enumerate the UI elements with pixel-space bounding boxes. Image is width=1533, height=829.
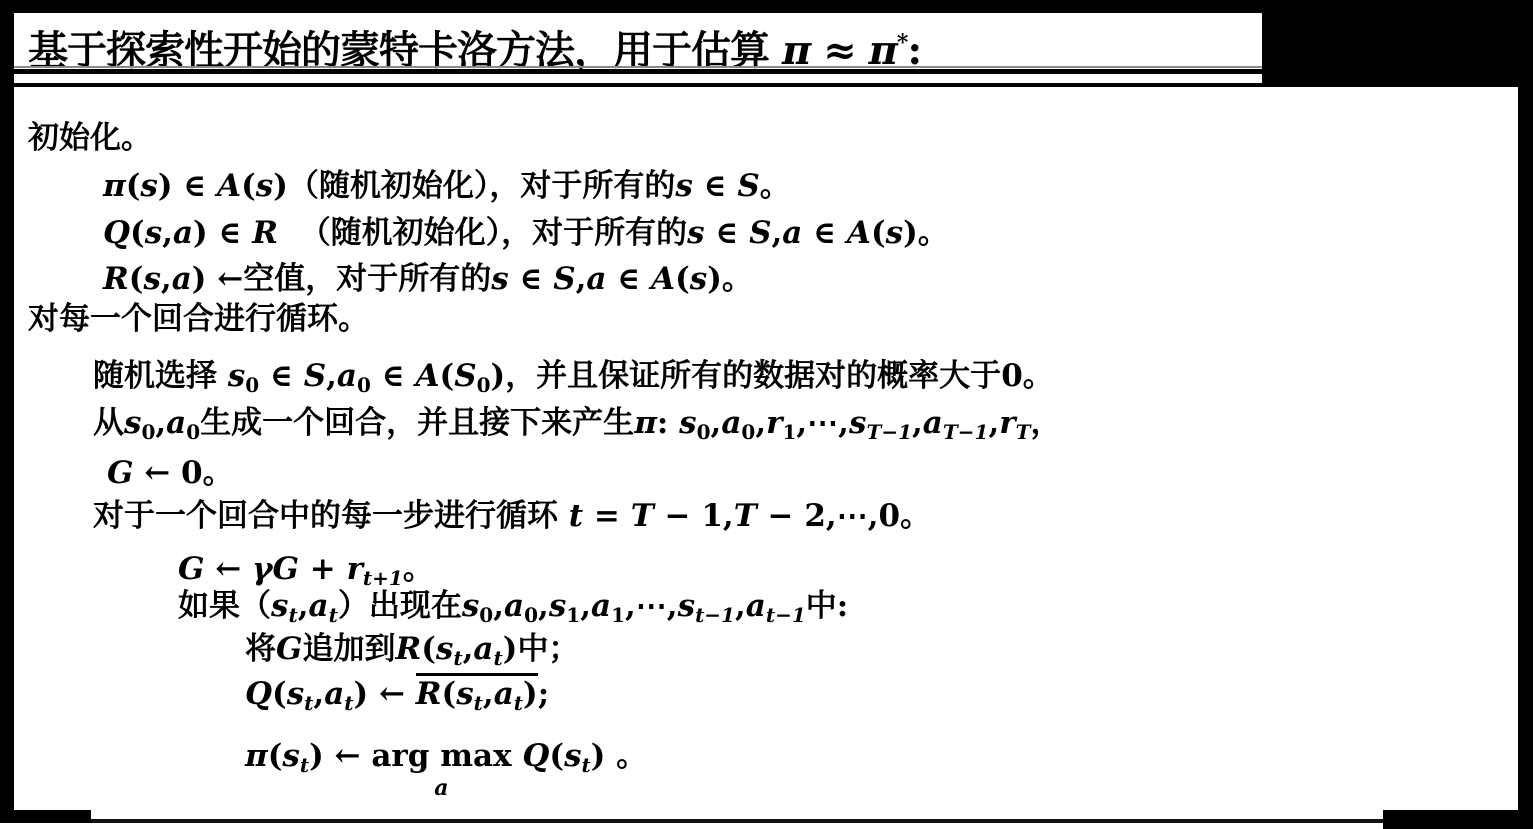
text-segment: = bbox=[583, 498, 631, 534]
text-segment: ，并且保证所有的数据对的概率大于 bbox=[505, 358, 1001, 394]
algo-line-8: G ← 0。 bbox=[107, 447, 234, 492]
text-segment: 。 bbox=[900, 498, 931, 534]
text-segment: 0 bbox=[245, 373, 259, 397]
text-segment: ( bbox=[126, 168, 141, 204]
text-segment: ,⋯, bbox=[796, 405, 849, 441]
text-segment: a bbox=[324, 676, 344, 712]
text-segment: a bbox=[172, 261, 192, 297]
text-segment: t bbox=[453, 646, 462, 670]
text-segment: t bbox=[569, 498, 583, 534]
text-segment: ( bbox=[129, 261, 144, 297]
text-segment: a bbox=[586, 261, 606, 297]
text-segment: a bbox=[782, 215, 802, 251]
text-segment: ,⋯, bbox=[625, 588, 678, 624]
text-segment: a bbox=[166, 405, 186, 441]
text-segment: ) bbox=[491, 358, 506, 394]
text-segment: s bbox=[436, 631, 453, 667]
text-segment: t−1 bbox=[766, 603, 806, 627]
text-segment: s bbox=[456, 676, 473, 712]
text-segment: t bbox=[474, 691, 483, 715]
text-segment: t bbox=[494, 646, 503, 670]
text-segment: ) ∈ bbox=[193, 215, 252, 251]
text-segment: 0 bbox=[741, 420, 755, 444]
text-segment: 空值，对于所有的 bbox=[243, 261, 491, 297]
text-segment: S bbox=[553, 261, 575, 297]
text-segment: 。 bbox=[1023, 358, 1054, 394]
text-segment: t bbox=[304, 691, 313, 715]
text-segment: , bbox=[755, 405, 766, 441]
text-segment: ( bbox=[272, 676, 287, 712]
algo-line-14: π(st) ← arg maxa Q(st) 。 bbox=[245, 730, 647, 777]
text-segment: 追加到 bbox=[302, 631, 395, 667]
text-segment: 将 bbox=[245, 631, 276, 667]
text-segment: （随机初始化），对于所有的 bbox=[300, 215, 688, 251]
text-segment: R bbox=[395, 631, 421, 667]
text-segment: s bbox=[849, 405, 866, 441]
text-segment: , bbox=[298, 588, 309, 624]
text-segment: , bbox=[155, 405, 166, 441]
text-segment: : bbox=[657, 405, 679, 441]
text-segment: t−1 bbox=[695, 603, 735, 627]
text-segment: s bbox=[679, 405, 696, 441]
title-rule-thin bbox=[14, 66, 1262, 68]
algo-line-11: 如果（st,at）出现在s0,a0,s1,a1,⋯,st−1,at−1中: bbox=[178, 580, 848, 627]
text-segment: π bbox=[103, 168, 126, 204]
text-segment: S bbox=[749, 215, 771, 251]
text-segment: 。 bbox=[918, 215, 949, 251]
text-segment: ( bbox=[871, 215, 886, 251]
text-segment: a bbox=[473, 631, 493, 667]
text-segment: a bbox=[337, 358, 357, 394]
text-segment: , bbox=[771, 215, 782, 251]
text-segment: s bbox=[549, 588, 566, 624]
text-segment: s bbox=[124, 405, 141, 441]
text-segment: S bbox=[737, 168, 759, 204]
algo-line-2: π(s) ∈ A(s)（随机初始化），对于所有的s ∈ S。 bbox=[103, 160, 791, 205]
text-segment: 初始化。 bbox=[28, 120, 152, 156]
text-segment: 0 bbox=[477, 373, 491, 397]
text-segment: s bbox=[140, 168, 157, 204]
text-segment: * bbox=[897, 30, 908, 56]
text-segment: 0 bbox=[1001, 358, 1023, 394]
next-frame-rule bbox=[91, 819, 1383, 823]
text-segment: T−1 bbox=[866, 420, 912, 444]
overline-average: R(st,at) bbox=[416, 673, 538, 714]
text-segment: ∈ bbox=[607, 261, 652, 297]
text-segment: s bbox=[675, 168, 692, 204]
text-segment: ) ← bbox=[309, 738, 371, 774]
text-segment: ( bbox=[130, 215, 145, 251]
text-segment: 对于一个回合中的每一步进行循环 bbox=[93, 498, 569, 534]
text-segment: 0 bbox=[697, 420, 711, 444]
text-segment: s bbox=[491, 261, 508, 297]
text-segment: ( bbox=[421, 631, 436, 667]
text-segment: s bbox=[145, 215, 162, 251]
text-segment: ( bbox=[268, 738, 283, 774]
text-segment: t bbox=[514, 691, 523, 715]
title-rule-thick bbox=[14, 69, 1262, 74]
text-segment: s bbox=[678, 588, 695, 624]
algo-line-5: 对每一个回合进行循环。 bbox=[28, 293, 369, 338]
text-segment: A bbox=[651, 261, 675, 297]
text-segment: G bbox=[107, 455, 133, 491]
text-segment: ) ∈ bbox=[158, 168, 217, 204]
text-segment: 。 bbox=[605, 738, 647, 774]
text-segment: s bbox=[143, 261, 160, 297]
text-segment: , bbox=[988, 405, 999, 441]
text-segment: ) bbox=[273, 168, 288, 204]
text-segment: ∈ bbox=[509, 261, 554, 297]
text-segment: T bbox=[734, 498, 757, 534]
text-segment: r bbox=[766, 405, 782, 441]
algorithm-body: 初始化。π(s) ∈ A(s)（随机初始化），对于所有的s ∈ S。Q(s,a)… bbox=[14, 87, 1518, 810]
text-segment: ) bbox=[707, 261, 722, 297]
text-segment: ; bbox=[538, 676, 549, 712]
algo-line-6: 随机选择 s0 ∈ S,a0 ∈ A(S0)，并且保证所有的数据对的概率大于0。 bbox=[93, 350, 1054, 397]
text-segment: − 2,⋯,0 bbox=[757, 498, 900, 534]
text-segment: ( bbox=[675, 261, 690, 297]
next-frame-corner bbox=[0, 823, 91, 829]
text-segment: s bbox=[687, 215, 704, 251]
text-segment: , bbox=[483, 676, 494, 712]
text-segment: a bbox=[746, 588, 766, 624]
text-segment: a bbox=[923, 405, 943, 441]
text-segment: s bbox=[282, 738, 299, 774]
text-segment: R bbox=[416, 676, 442, 712]
text-segment: T bbox=[1016, 420, 1031, 444]
text-segment: r bbox=[999, 405, 1015, 441]
text-segment: 如果（ bbox=[178, 588, 271, 624]
text-segment: S bbox=[304, 358, 326, 394]
text-segment: t bbox=[300, 753, 309, 777]
text-segment: 。 bbox=[722, 261, 753, 297]
algo-line-9: 对于一个回合中的每一步进行循环 t = T − 1,T − 2,⋯,0。 bbox=[93, 490, 931, 535]
text-segment: s bbox=[271, 588, 288, 624]
text-segment: R bbox=[252, 215, 278, 251]
text-segment: 对每一个回合进行循环。 bbox=[28, 301, 369, 337]
text-segment: ∈ bbox=[259, 358, 304, 394]
text-segment: , bbox=[161, 261, 172, 297]
text-segment bbox=[512, 738, 523, 774]
text-segment bbox=[278, 215, 300, 251]
text-segment: s bbox=[228, 358, 245, 394]
text-segment: ∈ bbox=[693, 168, 738, 204]
text-segment: ← 0 bbox=[133, 455, 202, 491]
text-segment: Q bbox=[103, 215, 130, 251]
text-segment: ∈ bbox=[371, 358, 416, 394]
text-segment: ) ← bbox=[192, 261, 243, 297]
algo-line-3: Q(s,a) ∈ R （随机初始化），对于所有的s ∈ S,a ∈ A(s)。 bbox=[103, 207, 949, 252]
text-segment: s bbox=[564, 738, 581, 774]
text-segment: ( bbox=[442, 676, 457, 712]
text-segment: 中 bbox=[806, 588, 837, 624]
text-segment: ) bbox=[503, 631, 518, 667]
text-segment: , bbox=[538, 588, 549, 624]
text-segment: S bbox=[454, 358, 476, 394]
text-segment: , bbox=[576, 261, 587, 297]
text-segment: ) bbox=[523, 676, 538, 712]
text-segment: 中； bbox=[517, 631, 579, 667]
text-segment: , bbox=[162, 215, 173, 251]
text-segment: T−1 bbox=[943, 420, 989, 444]
text-segment: s bbox=[886, 215, 903, 251]
text-segment: s bbox=[287, 676, 304, 712]
text-segment: , bbox=[493, 588, 504, 624]
text-segment: ∈ bbox=[705, 215, 750, 251]
algo-line-1: 初始化。 bbox=[28, 112, 152, 157]
text-segment: a bbox=[494, 676, 514, 712]
text-segment: ( bbox=[241, 168, 256, 204]
text-segment: a bbox=[309, 588, 329, 624]
text-segment: Q bbox=[522, 738, 549, 774]
algo-line-7: 从s0,a0生成一个回合，并且接下来产生π: s0,a0,r1,⋯,sT−1,a… bbox=[93, 397, 1061, 444]
text-segment: : bbox=[837, 588, 848, 624]
text-segment: , bbox=[313, 676, 324, 712]
text-segment: T bbox=[631, 498, 654, 534]
text-segment: A bbox=[217, 168, 241, 204]
text-segment: 1 bbox=[782, 420, 796, 444]
text-segment: s bbox=[690, 261, 707, 297]
text-segment: a bbox=[591, 588, 611, 624]
text-segment: , bbox=[580, 588, 591, 624]
text-segment: a bbox=[504, 588, 524, 624]
text-segment: ( bbox=[549, 738, 564, 774]
algo-line-12: 将G追加到R(st,at)中； bbox=[245, 623, 579, 670]
text-segment: a bbox=[721, 405, 741, 441]
text-segment: , bbox=[711, 405, 722, 441]
text-segment: t bbox=[582, 753, 591, 777]
algo-line-4: R(s,a) ←空值，对于所有的s ∈ S,a ∈ A(s)。 bbox=[103, 253, 753, 298]
text-segment: G bbox=[276, 631, 302, 667]
argmax-stack: arg maxa bbox=[371, 738, 511, 774]
text-segment: Q bbox=[245, 676, 272, 712]
text-segment: 。 bbox=[760, 168, 791, 204]
text-segment: R bbox=[103, 261, 129, 297]
text-segment: ， bbox=[1030, 405, 1061, 441]
text-segment: 。 bbox=[203, 455, 234, 491]
text-segment: ( bbox=[440, 358, 455, 394]
text-segment: a bbox=[173, 215, 193, 251]
text-segment: 0 bbox=[357, 373, 371, 397]
text-segment: ）出现在 bbox=[338, 588, 462, 624]
text-segment: ∈ bbox=[802, 215, 847, 251]
page: { "colors": { "background": "#000000", "… bbox=[0, 0, 1533, 829]
text-segment: 从 bbox=[93, 405, 124, 441]
text-segment: ) bbox=[903, 215, 918, 251]
text-segment: 0 bbox=[141, 420, 155, 444]
text-segment: , bbox=[463, 631, 474, 667]
text-segment: s bbox=[256, 168, 273, 204]
text-segment: 1 bbox=[611, 603, 625, 627]
text-segment: ) ← bbox=[354, 676, 416, 712]
text-segment: π bbox=[634, 405, 657, 441]
text-segment: , bbox=[735, 588, 746, 624]
text-segment: , bbox=[912, 405, 923, 441]
text-segment: 0 bbox=[186, 420, 200, 444]
algo-line-13: Q(st,at) ← R(st,at); bbox=[245, 673, 549, 715]
text-segment: π bbox=[245, 738, 268, 774]
text-segment: 随机选择 bbox=[93, 358, 228, 394]
text-segment: A bbox=[847, 215, 871, 251]
text-segment: , bbox=[326, 358, 337, 394]
title-box: 基于探索性开始的蒙特卡洛方法，用于估算 π ≈ π*: bbox=[14, 13, 1262, 83]
text-segment: − 1, bbox=[654, 498, 734, 534]
text-segment: （随机初始化），对于所有的 bbox=[288, 168, 676, 204]
text-segment: t bbox=[344, 691, 353, 715]
text-segment: A bbox=[415, 358, 439, 394]
text-segment: ) bbox=[591, 738, 606, 774]
text-segment: 生成一个回合，并且接下来产生 bbox=[200, 405, 634, 441]
text-segment: s bbox=[462, 588, 479, 624]
